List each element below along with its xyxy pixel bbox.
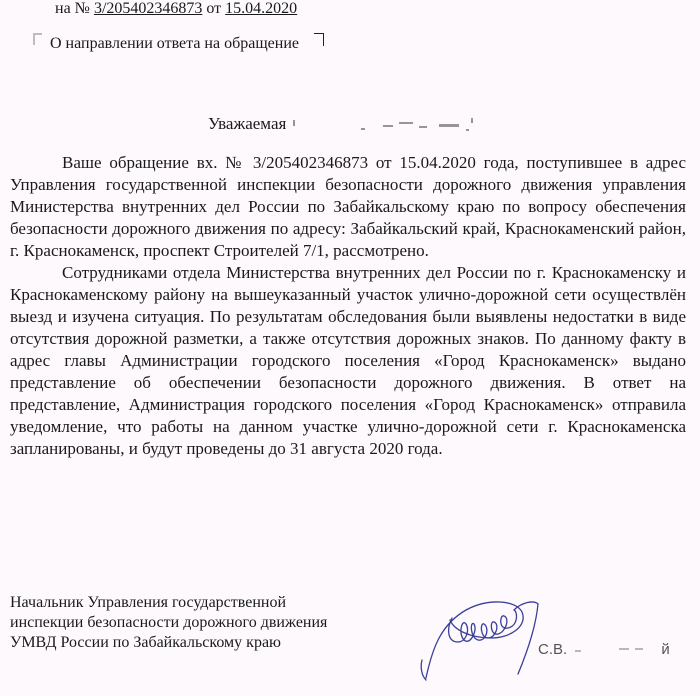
signer-initials: С.В. — [538, 641, 567, 658]
ref-date: 15.04.2020 — [225, 0, 297, 17]
redacted-recipient-name — [291, 118, 481, 132]
signer-title-line-1: Начальник Управления государственной — [10, 593, 327, 613]
signer-name: С.В. й — [538, 641, 670, 658]
reference-line: на № 3/205402346873 от 15.04.2020 — [55, 0, 297, 18]
redacted-signer-surname — [571, 645, 661, 655]
subject-text: О направлении ответа на обращение — [50, 35, 299, 52]
letter-body: Ваше обращение вх. № 3/205402346873 от 1… — [10, 152, 686, 460]
ref-prefix: на № — [55, 0, 94, 17]
signer-title-line-3: УМВД России по Забайкальскому краю — [10, 633, 327, 653]
handwritten-signature-icon — [418, 590, 568, 685]
salutation: Уважаемая — [208, 114, 286, 133]
corner-bracket-right-icon — [314, 33, 324, 46]
body-paragraph-2: Сотрудниками отдела Министерства внутрен… — [10, 262, 686, 460]
signer-title: Начальник Управления государственной инс… — [10, 593, 327, 653]
ref-number: 3/205402346873 — [94, 0, 202, 17]
signer-surname-suffix: й — [661, 641, 669, 658]
body-paragraph-1: Ваше обращение вх. № 3/205402346873 от 1… — [10, 152, 686, 262]
subject-line: О направлении ответа на обращение — [32, 33, 299, 55]
ref-mid: от — [202, 0, 225, 17]
greeting: Уважаемая — [208, 113, 481, 135]
signer-title-line-2: инспекции безопасности дорожного движени… — [10, 613, 327, 633]
